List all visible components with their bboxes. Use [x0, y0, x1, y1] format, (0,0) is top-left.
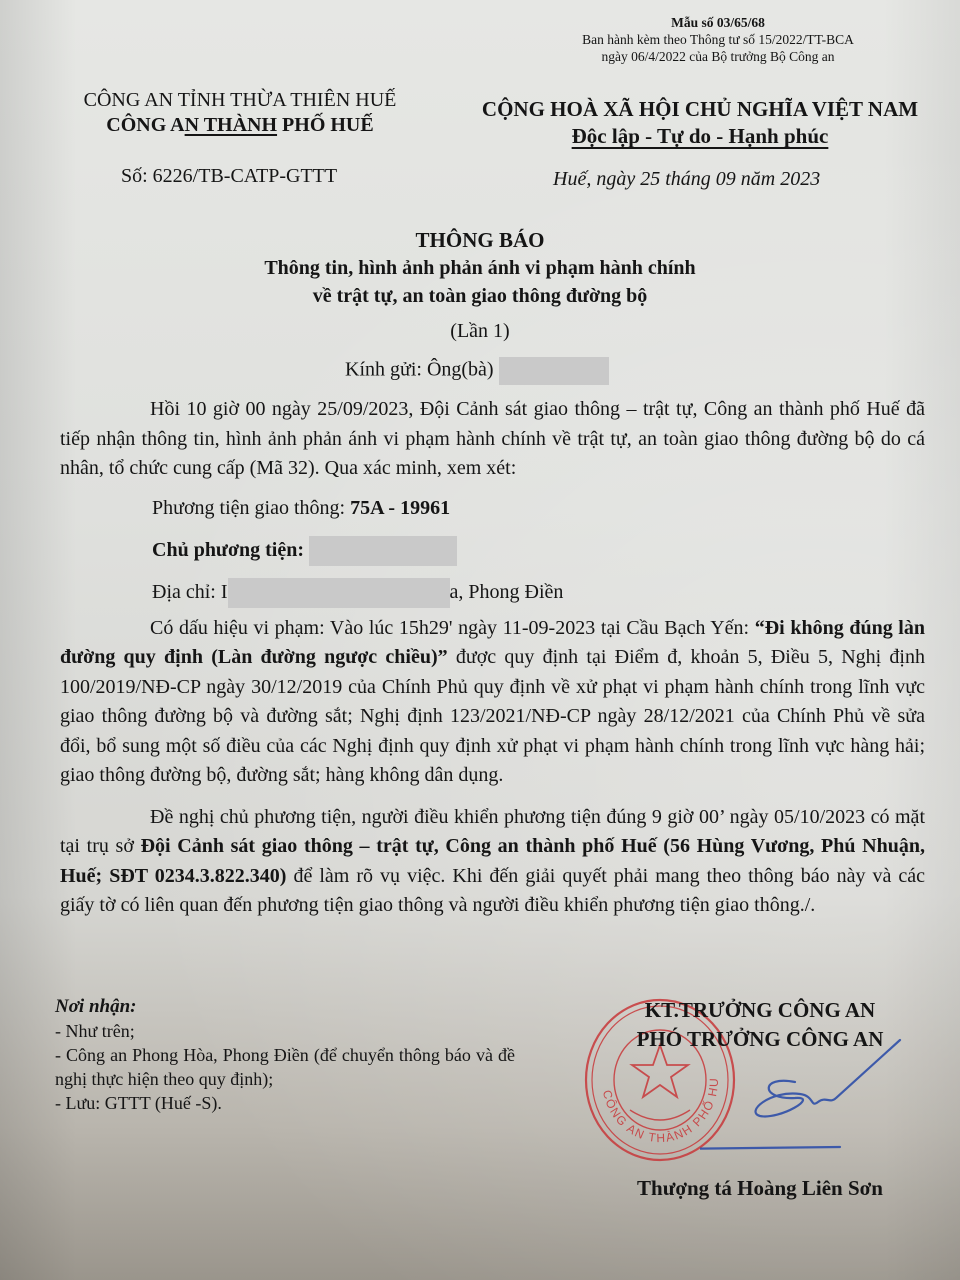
- signer-name: Thượng tá Hoàng Liên Sơn: [560, 1176, 960, 1201]
- document-date: Huế, ngày 25 tháng 09 năm 2023: [553, 168, 820, 191]
- agency-header: CÔNG AN TỈNH THỪA THIÊN HUẾ CÔNG AN THÀN…: [50, 88, 430, 138]
- form-code-block: Mẫu số 03/65/68 Ban hành kèm theo Thông …: [558, 14, 878, 65]
- form-number: Mẫu số 03/65/68: [558, 14, 878, 31]
- parent-agency: CÔNG AN TỈNH THỪA THIÊN HUẾ: [50, 88, 430, 113]
- document-subtitle-2: về trật tự, an toàn giao thông đường bộ: [0, 282, 960, 310]
- issuing-agency: CÔNG AN THÀNH PHỐ HUẾ: [50, 113, 430, 138]
- document-number: Số: 6226/TB-CATP-GTTT: [121, 165, 337, 188]
- recipient-label: Kính gửi: Ông(bà): [345, 359, 499, 381]
- recipient-item: - Công an Phong Hòa, Phong Điền (để chuy…: [55, 1043, 515, 1091]
- agency-name-part: PHỐ HUẾ: [277, 114, 374, 136]
- document-heading: THÔNG BÁO Thông tin, hình ảnh phản ánh v…: [0, 226, 960, 346]
- national-header: CỘNG HOÀ XÃ HỘI CHỦ NGHĨA VIỆT NAM Độc l…: [455, 96, 945, 150]
- recipient-item: - Lưu: GTTT (Huế -S).: [55, 1091, 515, 1115]
- vehicle-label: Phương tiện giao thông:: [152, 497, 350, 519]
- redacted-owner-name: [309, 536, 457, 566]
- recipients-label: Nơi nhận:: [55, 995, 515, 1019]
- address-line: Địa chỉ: Ia, Phong Điền: [60, 575, 925, 610]
- national-title: CỘNG HOÀ XÃ HỘI CHỦ NGHĨA VIỆT NAM: [455, 96, 945, 123]
- national-motto: Độc lập - Tự do - Hạnh phúc: [455, 123, 945, 150]
- document-body: Hồi 10 giờ 00 ngày 25/09/2023, Đội Cảnh …: [60, 395, 925, 921]
- violation-lead: Có dấu hiệu vi phạm: Vào lúc 15h29' ngày…: [150, 617, 755, 639]
- form-issued-line-2: ngày 06/4/2022 của Bộ trưởng Bộ Công an: [558, 48, 878, 65]
- vehicle-plate: 75A - 19961: [350, 497, 450, 519]
- agency-name-part: CÔNG A: [106, 114, 184, 136]
- issue-number: (Lần 1): [0, 316, 960, 346]
- handwritten-signature-icon: [700, 1020, 960, 1150]
- recipients-block: Nơi nhận: - Như trên; - Công an Phong Hò…: [55, 995, 515, 1115]
- intro-paragraph: Hồi 10 giờ 00 ngày 25/09/2023, Đội Cảnh …: [60, 395, 925, 484]
- request-paragraph: Đề nghị chủ phương tiện, người điều khiể…: [60, 803, 925, 921]
- document-title: THÔNG BÁO: [0, 226, 960, 254]
- redacted-address: [228, 578, 450, 608]
- recipient-line: Kính gửi: Ông(bà): [345, 357, 609, 385]
- redacted-recipient-name: [499, 357, 609, 385]
- address-suffix: a, Phong Điền: [450, 581, 564, 603]
- agency-name-underlined: N THÀNH: [185, 114, 277, 136]
- document-subtitle-1: Thông tin, hình ảnh phản ánh vi phạm hàn…: [0, 254, 960, 282]
- form-issued-line-1: Ban hành kèm theo Thông tư số 15/2022/TT…: [558, 31, 878, 48]
- owner-line: Chủ phương tiện:: [60, 533, 925, 568]
- violation-paragraph: Có dấu hiệu vi phạm: Vào lúc 15h29' ngày…: [60, 614, 925, 791]
- owner-label: Chủ phương tiện:: [152, 539, 309, 561]
- recipient-item: - Như trên;: [55, 1019, 515, 1043]
- address-label: Địa chỉ: I: [152, 581, 228, 603]
- vehicle-line: Phương tiện giao thông: 75A - 19961: [60, 491, 925, 526]
